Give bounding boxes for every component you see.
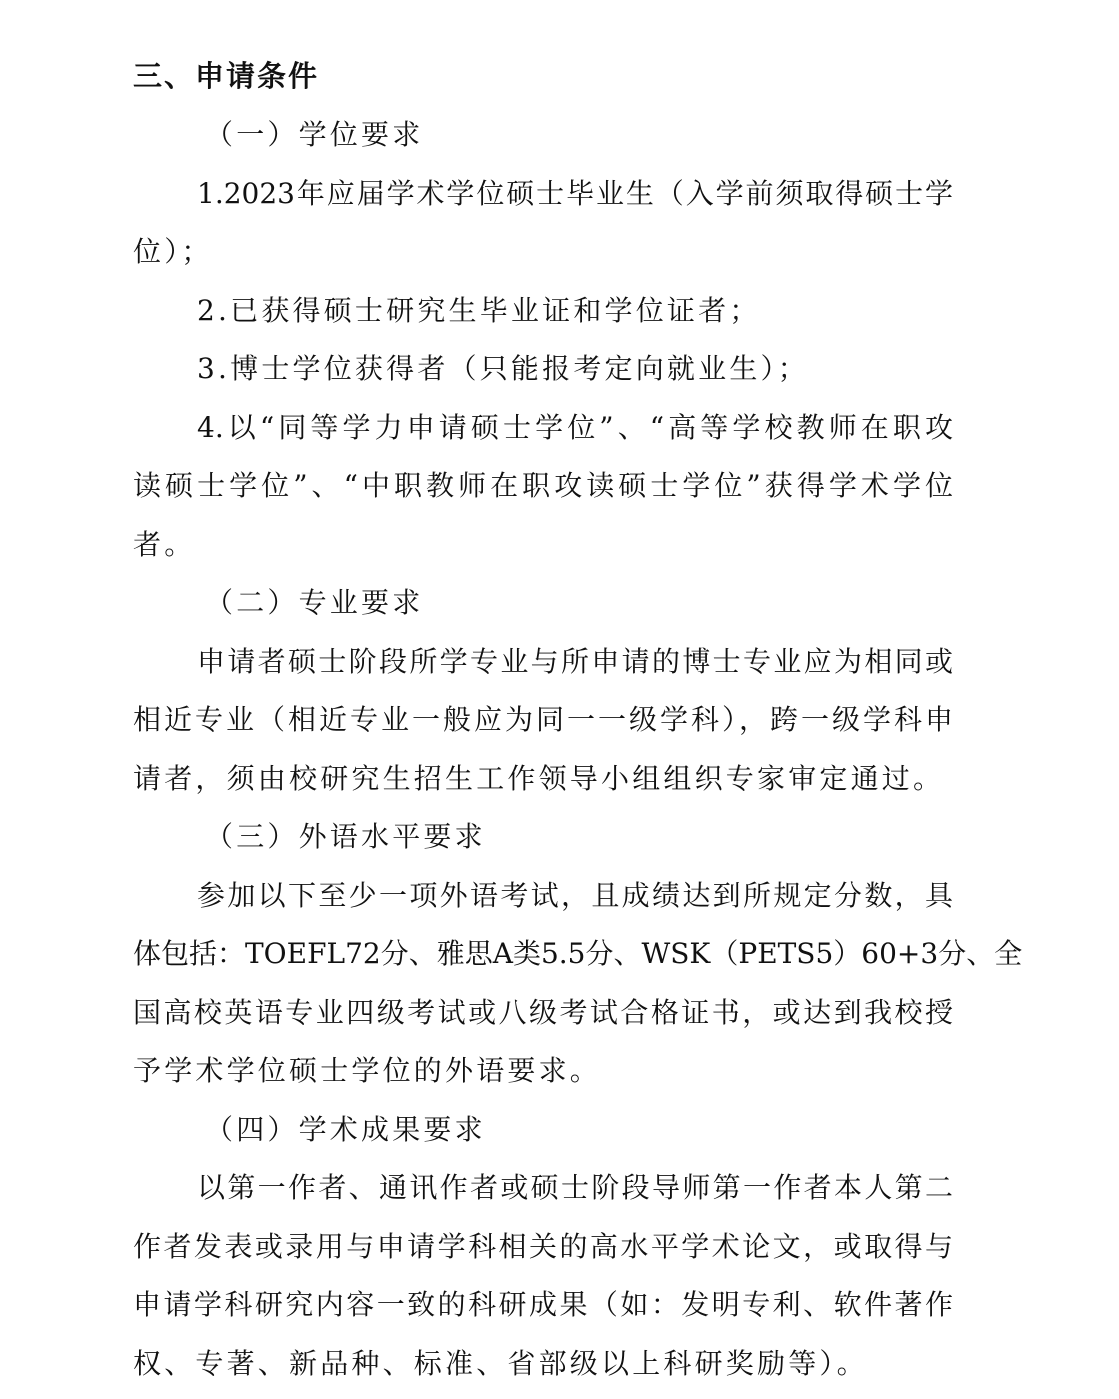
paragraph-line: 作者发表或录用与申请学科相关的高水平学术论文，或取得与 [133, 1227, 953, 1267]
paragraph-line: 参加以下至少一项外语考试，且成绩达到所规定分数，具 [197, 876, 953, 916]
paragraph-line: 4.以“同等学力申请硕士学位”、“高等学校教师在职攻 [197, 408, 953, 448]
document-page: 三、申请条件 （一）学位要求 1.2023年应届学术学位硕士毕业生（入学前须取得… [0, 0, 1119, 1399]
paragraph-line: 位）； [133, 232, 953, 272]
paragraph-line: 1.2023年应届学术学位硕士毕业生（入学前须取得硕士学 [197, 174, 953, 214]
subsection-heading-degree: （一）学位要求 [205, 115, 1025, 155]
subsection-heading-major: （二）专业要求 [205, 583, 1025, 623]
paragraph-line: 国高校英语专业四级考试或八级考试合格证书，或达到我校授 [133, 993, 953, 1033]
paragraph-line: 申请者硕士阶段所学专业与所申请的博士专业应为相同或 [197, 642, 953, 682]
paragraph-line: 体包括：TOEFL72分、雅思A类5.5分、WSK（PETS5）60+3分、全 [133, 934, 953, 974]
paragraph-line: 权、专著、新品种、标准、省部级以上科研奖励等）。 [133, 1344, 953, 1384]
paragraph-line: 予学术学位硕士学位的外语要求。 [133, 1051, 953, 1091]
paragraph-line: 相近专业（相近专业一般应为同一一级学科），跨一级学科申 [133, 700, 953, 740]
paragraph-line: 读硕士学位”、“中职教师在职攻读硕士学位”获得学术学位 [133, 466, 953, 506]
section-title: 三、申请条件 [133, 56, 953, 96]
paragraph-line: 请者，须由校研究生招生工作领导小组组织专家审定通过。 [133, 759, 953, 799]
paragraph-line: 以第一作者、通讯作者或硕士阶段导师第一作者本人第二 [197, 1168, 953, 1208]
paragraph-line: 2.已获得硕士研究生毕业证和学位证者； [197, 291, 953, 331]
subsection-heading-research: （四）学术成果要求 [205, 1110, 1025, 1150]
paragraph-line: 者。 [133, 525, 953, 565]
paragraph-line: 申请学科研究内容一致的科研成果（如：发明专利、软件著作 [133, 1285, 953, 1325]
paragraph-line: 3.博士学位获得者（只能报考定向就业生）； [197, 349, 953, 389]
subsection-heading-language: （三）外语水平要求 [205, 817, 1025, 857]
